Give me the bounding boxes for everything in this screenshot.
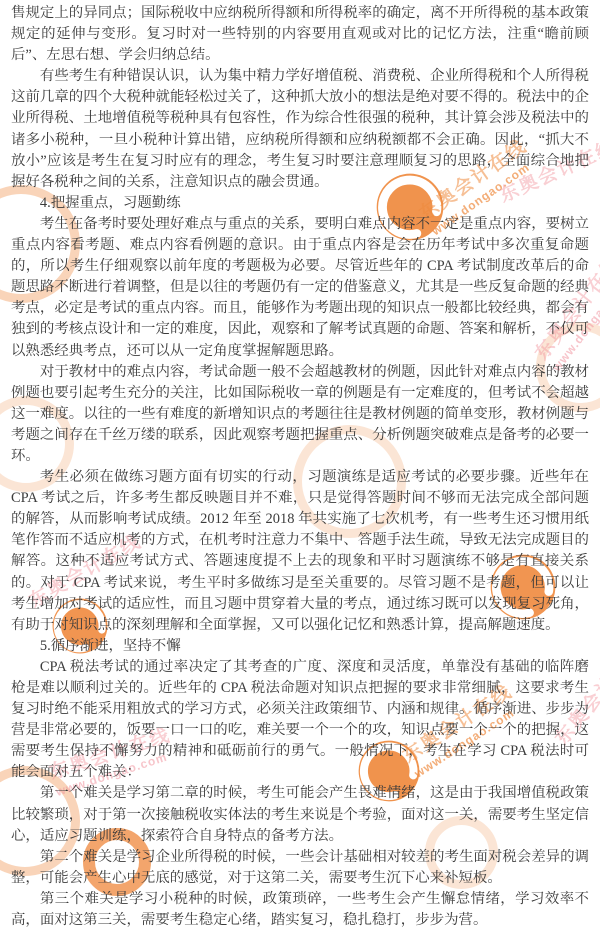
book-page: 东奥会计在线 www.dongao.com 东奥会计在线 东奥会计在线 www.… [0,0,600,928]
paragraph: 考生必须在做练习题方面有切实的行动，习题演练是适应考试的必要步骤。近些年在 CP… [11,467,589,636]
section-heading-5: 5.循序渐进，坚持不懈 [11,636,589,657]
paragraph-continuation: 售规定上的异同点；国际税收中应纳税所得额和所得税率的确定，离不开所得税的基本政策… [11,3,589,66]
paragraph: CPA 税法考试的通过率决定了其考查的广度、深度和灵活度，单靠没有基础的临阵磨枪… [11,657,589,784]
paragraph: 对于教材中的难点内容，考试命题一般不会超越教材的例题，因此针对难点内容的教材例题… [11,362,589,467]
paragraph: 考生在备考时要处理好难点与重点的关系，要明白难点内容不一定是重点内容，要树立重点… [11,214,589,362]
page-text: 售规定上的异同点；国际税收中应纳税所得额和所得税率的确定，离不开所得税的基本政策… [11,3,589,928]
section-heading-4: 4.把握重点，习题勤练 [11,193,589,214]
paragraph: 第一个难关是学习第二章的时候，考生可能会产生畏难情绪，这是由于我国增值税政策比较… [11,783,589,846]
paragraph: 第二个难关是学习企业所得税的时候，一些会计基础相对较差的考生面对税会差异的调整，… [11,847,589,889]
paragraph: 第三个难关是学习小税种的时候，政策琐碎，一些考生会产生懈怠情绪，学习效率不高，面… [11,889,589,928]
paragraph: 有些考生有种错误认识，认为集中精力学好增值税、消费税、企业所得税和个人所得税这前… [11,66,589,193]
